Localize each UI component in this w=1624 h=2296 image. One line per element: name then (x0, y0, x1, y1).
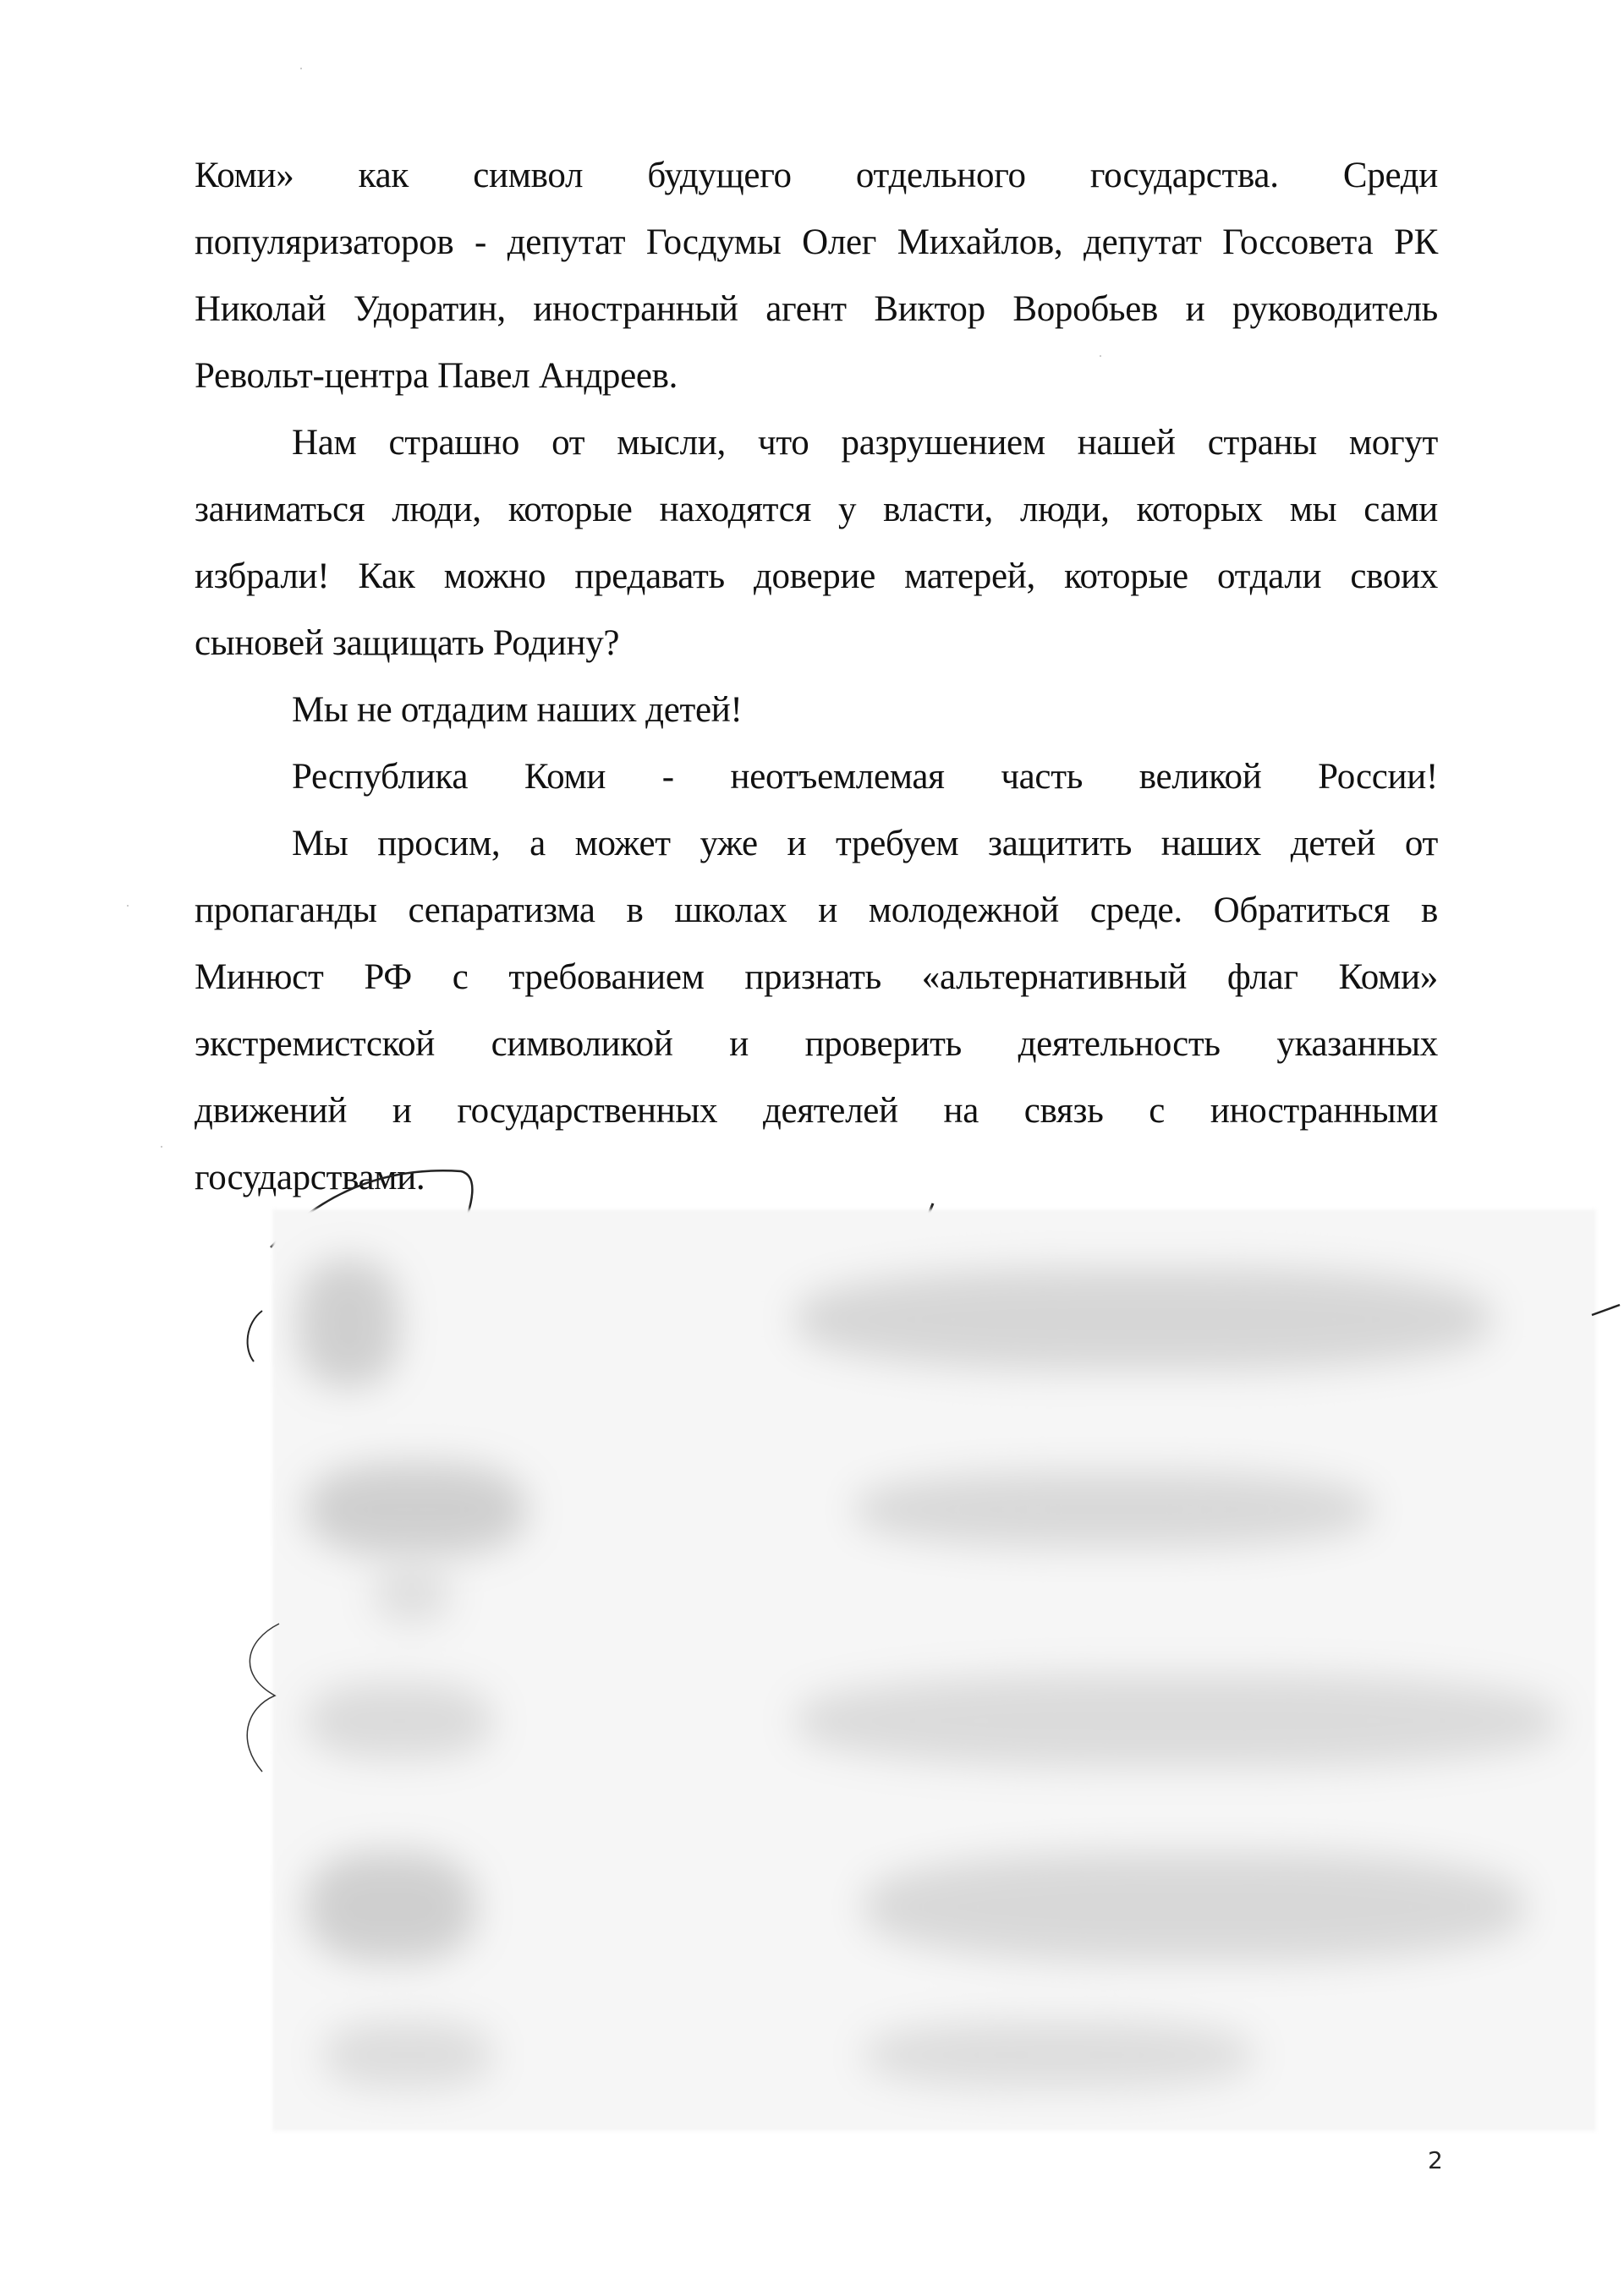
document-page: Коми» как символ будущего отдельного гос… (0, 0, 1624, 2296)
signature-stroke-icon (228, 1302, 279, 1370)
text-line: движений и государственных деятелей на с… (195, 1077, 1438, 1144)
signature-stroke-icon (1590, 1298, 1624, 1323)
text-line: Республика Коми - неотъемлемая часть вел… (195, 743, 1438, 810)
text-line: Минюст РФ с требованием признать «альтер… (195, 944, 1438, 1011)
paragraph-2: Нам страшно от мысли, что разрушением на… (195, 409, 1438, 677)
text-line: сыновей защищать Родину? (195, 610, 1438, 677)
text-line: Николай Удоратин, иностранный агент Викт… (195, 276, 1438, 342)
text-line: пропаганды сепаратизма в школах и молоде… (195, 877, 1438, 944)
signature-stroke-icon (228, 1615, 288, 1784)
text-line: Мы не отдадим наших детей! (195, 677, 1438, 743)
text-line: Нам страшно от мысли, что разрушением на… (195, 409, 1438, 476)
text-line: экстремистской символикой и проверить де… (195, 1011, 1438, 1077)
paragraph-4: Республика Коми - неотъемлемая часть вел… (195, 743, 1438, 810)
text-line: Мы просим, а может уже и требуем защитит… (195, 810, 1438, 877)
redacted-signatures (272, 1209, 1596, 2131)
paragraph-1: Коми» как символ будущего отдельного гос… (195, 142, 1438, 409)
text-line: популяризаторов - депутат Госдумы Олег М… (195, 209, 1438, 276)
paragraph-3: Мы не отдадим наших детей! (195, 677, 1438, 743)
text-line: Коми» как символ будущего отдельного гос… (195, 142, 1438, 209)
text-line: заниматься люди, которые находятся у вла… (195, 476, 1438, 543)
text-line: избрали! Как можно предавать доверие мат… (195, 543, 1438, 610)
letter-body: Коми» как символ будущего отдельного гос… (195, 142, 1438, 1211)
text-line: Револьт-центра Павел Андреев. (195, 342, 1438, 409)
page-number: 2 (1428, 2146, 1443, 2174)
